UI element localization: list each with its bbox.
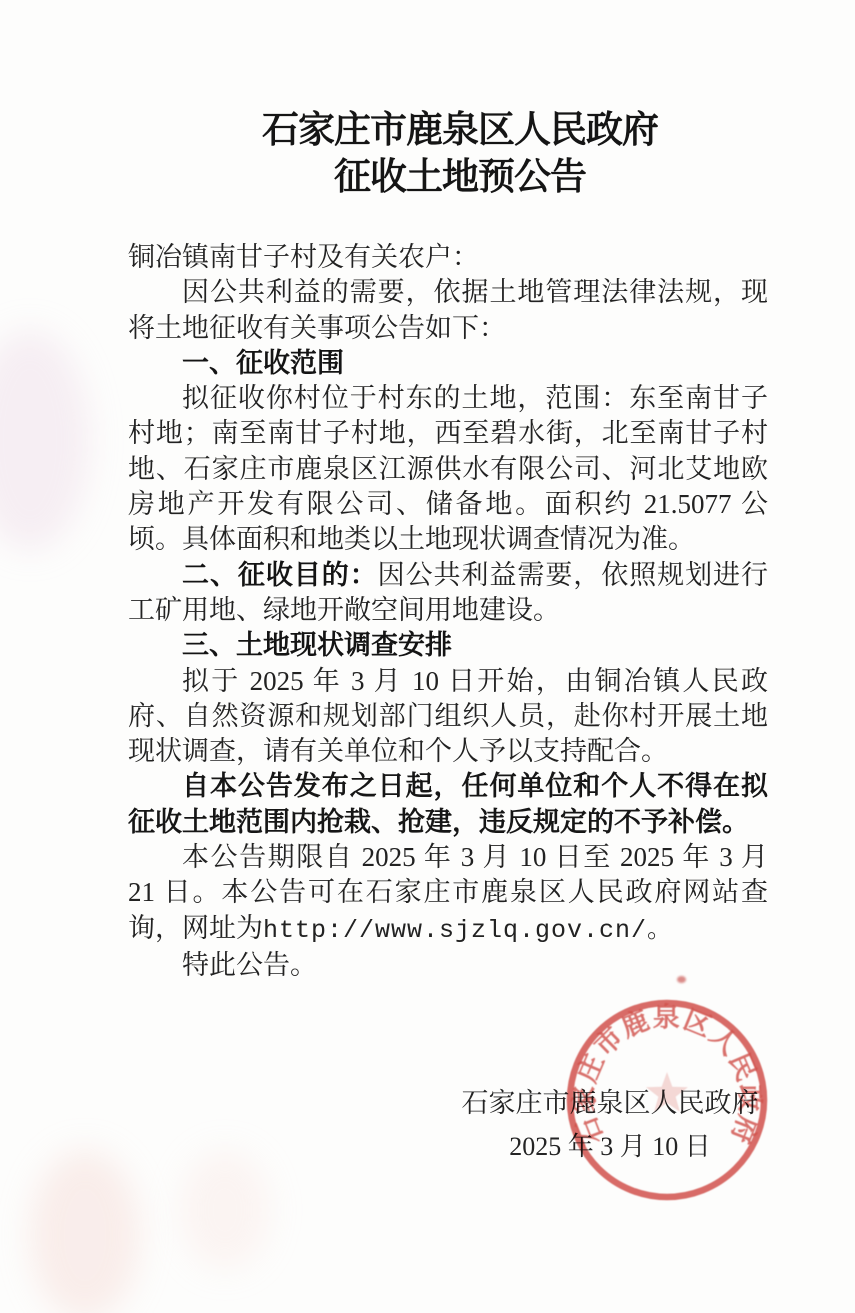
scan-smudge bbox=[0, 330, 90, 550]
document-title: 石家庄市鹿泉区人民政府 征收土地预公告 bbox=[65, 106, 855, 200]
section2-paragraph: 二、征收目的：因公共利益需要，依照规划进行工矿用地、绿地开敞空间用地建设。 bbox=[128, 558, 768, 629]
scan-smudge bbox=[180, 1150, 270, 1270]
signature-block: 石家庄市鹿泉区人民政府 2025 年 3 月 10 日 bbox=[452, 1082, 768, 1168]
section2-heading: 二、征收目的： bbox=[182, 560, 378, 590]
section3-heading: 三、土地现状调查安排 bbox=[128, 628, 768, 663]
document-body: 铜冶镇南甘子村及有关农户： 因公共利益的需要，依据土地管理法律法规，现将土地征收… bbox=[128, 240, 768, 983]
scanned-document-page: 石家庄市鹿泉区人民政府 征收土地预公告 铜冶镇南甘子村及有关农户： 因公共利益的… bbox=[0, 0, 855, 1313]
section1-heading: 一、征收范围 bbox=[128, 346, 768, 381]
website-url: http://www.sjzlq.gov.cn/。 bbox=[263, 916, 673, 945]
signature-issuer: 石家庄市鹿泉区人民政府 bbox=[452, 1082, 768, 1125]
section1-paragraph: 拟征收你村位于村东的土地，范围：东至南甘子村地；南至南甘子村地，西至碧水街，北至… bbox=[128, 381, 768, 557]
period-paragraph: 本公告期限自 2025 年 3 月 10 日至 2025 年 3 月 21 日。… bbox=[128, 840, 768, 948]
salutation: 铜冶镇南甘子村及有关农户： bbox=[128, 240, 768, 275]
intro-paragraph: 因公共利益的需要，依据土地管理法律法规，现将土地征收有关事项公告如下： bbox=[128, 275, 768, 346]
warning-paragraph: 自本公告发布之日起，任何单位和个人不得在拟征收土地范围内抢栽、抢建，违反规定的不… bbox=[128, 769, 768, 840]
signature-date: 2025 年 3 月 10 日 bbox=[452, 1125, 768, 1168]
title-line-issuer: 石家庄市鹿泉区人民政府 bbox=[65, 106, 855, 153]
section3-paragraph: 拟于 2025 年 3 月 10 日开始，由铜冶镇人民政府、自然资源和规划部门组… bbox=[128, 664, 768, 770]
closing-paragraph: 特此公告。 bbox=[128, 948, 768, 983]
title-line-subject: 征收土地预公告 bbox=[65, 153, 855, 200]
scan-smudge bbox=[30, 1150, 140, 1313]
